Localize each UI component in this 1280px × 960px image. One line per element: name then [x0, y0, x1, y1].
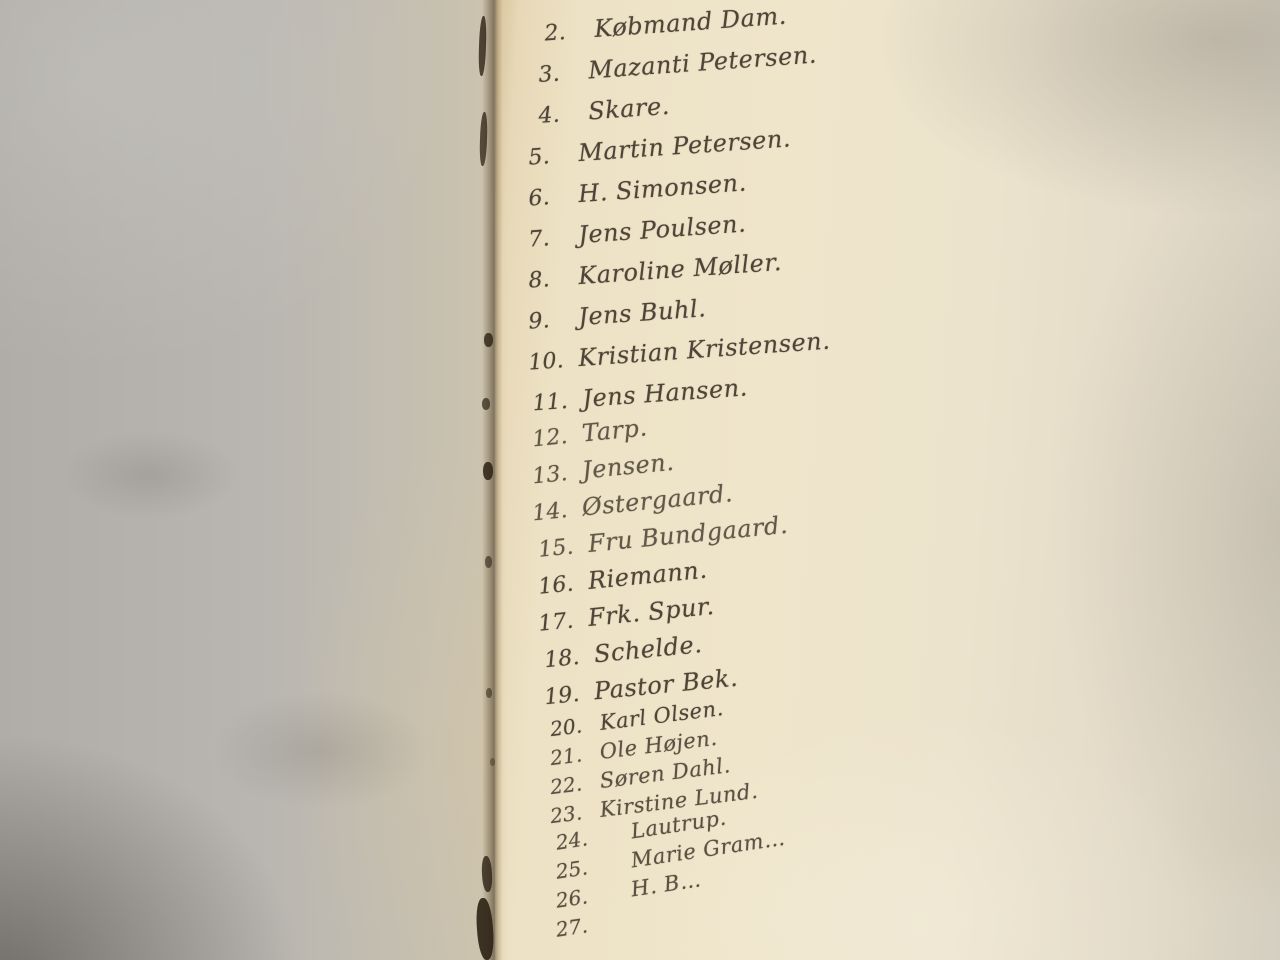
entry-number: 18. — [543, 643, 595, 673]
entry-number: 9. — [528, 306, 580, 334]
paper-stain — [1275, 420, 1280, 600]
entry-number: 2. — [544, 18, 596, 46]
entry-list: 2. Købmand Dam. 3. Mazanti Petersen. 4. … — [495, 22, 1215, 956]
photo-of-ledger-page: 2. Købmand Dam. 3. Mazanti Petersen. 4. … — [0, 0, 1280, 960]
binding-mark — [484, 333, 493, 347]
binding-mark — [482, 398, 490, 410]
wall-scuff — [60, 430, 240, 520]
entry-number: 8. — [528, 265, 580, 293]
entry-number: 14. — [531, 497, 583, 527]
entry-number: 12. — [531, 423, 583, 453]
binding-mark — [485, 556, 492, 568]
entry-number: 7. — [528, 224, 580, 252]
wall-scuff — [210, 690, 430, 810]
entry-number: 22. — [549, 769, 602, 799]
entry-number: 23. — [549, 798, 602, 828]
binding-mark — [486, 688, 492, 698]
entry-number: 6. — [528, 183, 580, 211]
entry-number: 11. — [532, 388, 584, 416]
entry-number: 15. — [537, 533, 589, 563]
binding-mark — [483, 462, 493, 480]
entry-number: 21. — [549, 740, 602, 770]
entry-number: 19. — [543, 680, 595, 710]
entry-number: 20. — [549, 711, 602, 741]
entry-number: 16. — [537, 570, 589, 600]
entry-number: 5. — [528, 142, 580, 170]
entry-number: 3. — [538, 59, 590, 87]
entry-number: 17. — [537, 607, 589, 637]
entry-number: 10. — [528, 347, 580, 375]
entry-number: 13. — [531, 460, 583, 490]
entry-number: 4. — [538, 100, 590, 128]
entry-name: Skare. — [587, 92, 670, 126]
entry-name: Tarp. — [581, 413, 649, 447]
